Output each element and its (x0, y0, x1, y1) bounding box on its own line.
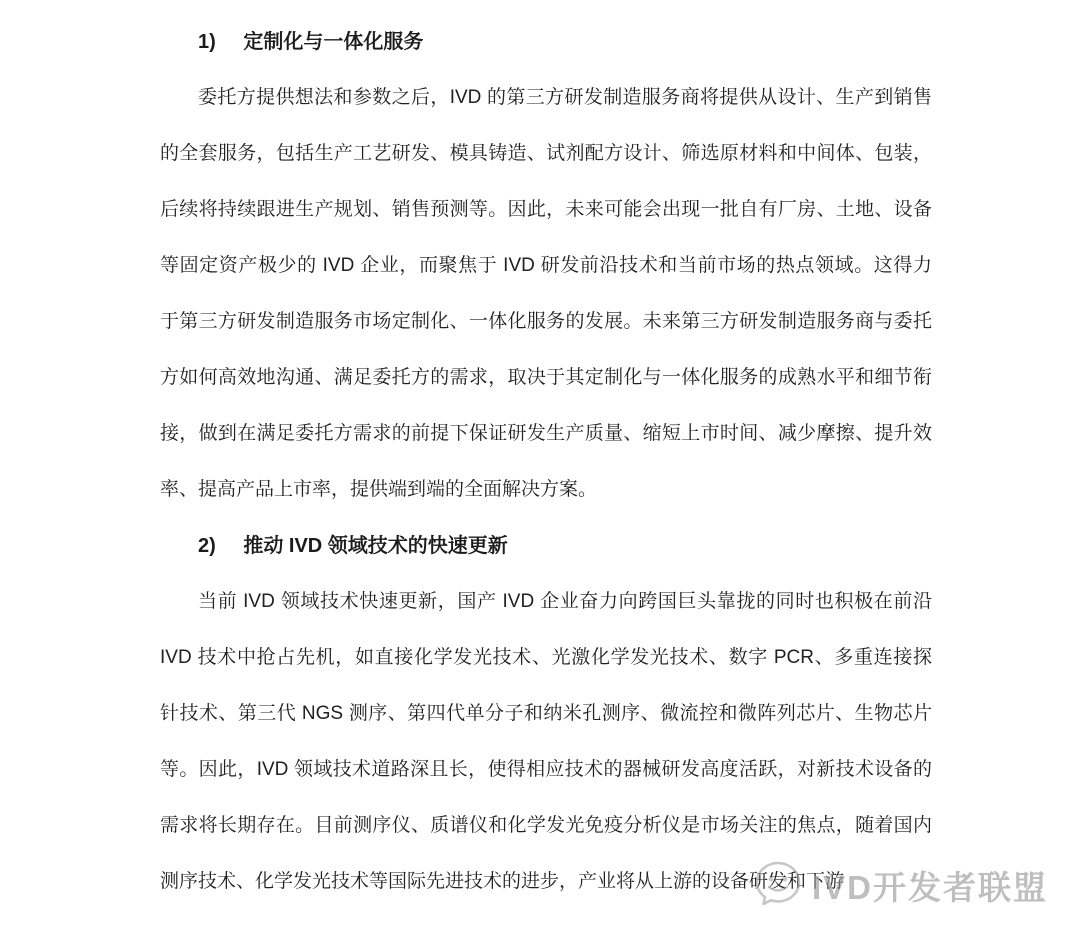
text-line: 接，做到在满足委托方需求的前提下保证研发生产质量、缩短上市时间、减少摩擦、提升效 (160, 406, 932, 462)
text-line: 等固定资产极少的 IVD 企业，而聚焦于 IVD 研发前沿技术和当前市场的热点领… (160, 238, 932, 294)
heading-2: 2) 推动 IVD 领域技术的快速更新 (160, 518, 932, 574)
text-line: 于第三方研发制造服务市场定制化、一体化服务的发展。未来第三方研发制造服务商与委托 (160, 294, 932, 350)
text-line: 委托方提供想法和参数之后，IVD 的第三方研发制造服务商将提供从设计、生产到销售 (160, 70, 932, 126)
text-line: 的全套服务，包括生产工艺研发、模具铸造、试剂配方设计、筛选原材料和中间体、包装， (160, 126, 932, 182)
heading-2-number: 2) (198, 518, 216, 574)
heading-2-title: 推动 IVD 领域技术的快速更新 (243, 535, 507, 557)
text-line: 当前 IVD 领域技术快速更新，国产 IVD 企业奋力向跨国巨头靠拢的同时也积极… (160, 574, 932, 630)
document-content: 1) 定制化与一体化服务 委托方提供想法和参数之后，IVD 的第三方研发制造服务… (160, 14, 932, 910)
text-line: IVD 技术中抢占先机，如直接化学发光技术、光激化学发光技术、数字 PCR、多重… (160, 630, 932, 686)
text-line: 率、提高产品上市率，提供端到端的全面解决方案。 (160, 462, 932, 518)
text-line: 等。因此，IVD 领域技术道路深且长，使得相应技术的器械研发高度活跃，对新技术设… (160, 742, 932, 798)
text-line: 需求将长期存在。目前测序仪、质谱仪和化学发光免疫分析仪是市场关注的焦点，随着国内 (160, 798, 932, 854)
text-line: 方如何高效地沟通、满足委托方的需求，取决于其定制化与一体化服务的成熟水平和细节衔 (160, 350, 932, 406)
text-line: 针技术、第三代 NGS 测序、第四代单分子和纳米孔测序、微流控和微阵列芯片、生物… (160, 686, 932, 742)
heading-1-number: 1) (198, 14, 216, 70)
paragraph-1: 委托方提供想法和参数之后，IVD 的第三方研发制造服务商将提供从设计、生产到销售… (160, 70, 932, 518)
heading-1-title: 定制化与一体化服务 (243, 31, 423, 53)
document-page: 1) 定制化与一体化服务 委托方提供想法和参数之后，IVD 的第三方研发制造服务… (0, 0, 1080, 933)
text-line: 后续将持续跟进生产规划、销售预测等。因此，未来可能会出现一批自有厂房、土地、设备 (160, 182, 932, 238)
paragraph-2: 当前 IVD 领域技术快速更新，国产 IVD 企业奋力向跨国巨头靠拢的同时也积极… (160, 574, 932, 910)
heading-1: 1) 定制化与一体化服务 (160, 14, 932, 70)
text-line: 测序技术、化学发光技术等国际先进技术的进步，产业将从上游的设备研发和下游 (160, 854, 932, 910)
